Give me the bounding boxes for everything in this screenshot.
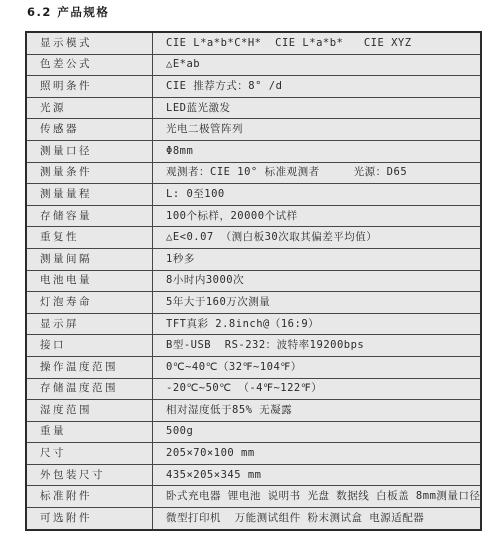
spec-value: 5年大于160万次测量 [153, 292, 482, 314]
document-page: 6.2 产品规格 显示模式CIE L*a*b*C*H* CIE L*a*b* C… [0, 0, 502, 540]
table-row: 电池电量8小时内3000次 [26, 270, 481, 292]
spec-label: 外包装尺寸 [26, 464, 153, 486]
spec-label: 显示模式 [26, 32, 153, 54]
spec-label: 传感器 [26, 119, 153, 141]
section-title: 6.2 产品规格 [27, 4, 109, 20]
table-row: 测量口径Φ8mm [26, 140, 481, 162]
spec-label: 接口 [26, 335, 153, 357]
table-row: 测量间隔1秒多 [26, 248, 481, 270]
spec-label: 重复性 [26, 227, 153, 249]
spec-label: 湿度范围 [26, 400, 153, 422]
table-row: 色差公式△E*ab [26, 54, 481, 76]
table-row: 光源LED蓝光激发 [26, 97, 481, 119]
spec-value: LED蓝光激发 [153, 97, 482, 119]
spec-label: 测量口径 [26, 140, 153, 162]
spec-value: △E*ab [153, 54, 482, 76]
spec-label: 色差公式 [26, 54, 153, 76]
spec-value: Φ8mm [153, 140, 482, 162]
table-row: 标准附件卧式充电器 锂电池 说明书 光盘 数据线 白板盖 8mm测量口径 [26, 486, 481, 508]
table-row: 照明条件CIE 推荐方式：8° /d [26, 76, 481, 98]
spec-label: 标准附件 [26, 486, 153, 508]
spec-value: 500g [153, 421, 482, 443]
spec-value: 0℃~40℃（32℉~104℉） [153, 356, 482, 378]
spec-label: 操作温度范围 [26, 356, 153, 378]
table-row: 灯泡寿命5年大于160万次测量 [26, 292, 481, 314]
table-row: 显示模式CIE L*a*b*C*H* CIE L*a*b* CIE XYZ [26, 32, 481, 54]
spec-label: 重量 [26, 421, 153, 443]
table-row: 湿度范围相对湿度低于85% 无凝露 [26, 400, 481, 422]
spec-label: 可选附件 [26, 508, 153, 530]
spec-label: 测量条件 [26, 162, 153, 184]
spec-value: L: 0至100 [153, 184, 482, 206]
table-row: 存储容量100个标样，20000个试样 [26, 205, 481, 227]
spec-label: 光源 [26, 97, 153, 119]
spec-value: CIE L*a*b*C*H* CIE L*a*b* CIE XYZ [153, 32, 482, 54]
spec-value: 相对湿度低于85% 无凝露 [153, 400, 482, 422]
spec-label: 灯泡寿命 [26, 292, 153, 314]
spec-label: 存储容量 [26, 205, 153, 227]
table-row: 接口B型-USB RS-232：波特率19200bps [26, 335, 481, 357]
spec-value: 205×70×100 mm [153, 443, 482, 465]
table-row: 可选附件微型打印机 万能测试组件 粉末测试盒 电源适配器 [26, 508, 481, 530]
table-row: 测量条件观测者：CIE 10° 标准观测者 光源：D65 [26, 162, 481, 184]
spec-label: 尺寸 [26, 443, 153, 465]
spec-value: 435×205×345 mm [153, 464, 482, 486]
spec-value: TFT真彩 2.8inch@（16:9） [153, 313, 482, 335]
spec-value: CIE 推荐方式：8° /d [153, 76, 482, 98]
spec-value: 卧式充电器 锂电池 说明书 光盘 数据线 白板盖 8mm测量口径 [153, 486, 482, 508]
spec-value: 100个标样，20000个试样 [153, 205, 482, 227]
spec-value: B型-USB RS-232：波特率19200bps [153, 335, 482, 357]
spec-value: △E<0.07 （测白板30次取其偏差平均值） [153, 227, 482, 249]
spec-value: 1秒多 [153, 248, 482, 270]
spec-value: 8小时内3000次 [153, 270, 482, 292]
product-spec-table: 显示模式CIE L*a*b*C*H* CIE L*a*b* CIE XYZ色差公… [25, 31, 482, 531]
spec-value: 光电二极管阵列 [153, 119, 482, 141]
spec-label: 显示屏 [26, 313, 153, 335]
table-row: 传感器光电二极管阵列 [26, 119, 481, 141]
spec-label: 测量量程 [26, 184, 153, 206]
table-row: 存储温度范围-20℃~50℃ （-4℉~122℉） [26, 378, 481, 400]
spec-table-body: 显示模式CIE L*a*b*C*H* CIE L*a*b* CIE XYZ色差公… [26, 32, 481, 530]
spec-value: -20℃~50℃ （-4℉~122℉） [153, 378, 482, 400]
spec-label: 测量间隔 [26, 248, 153, 270]
table-row: 显示屏TFT真彩 2.8inch@（16:9） [26, 313, 481, 335]
table-row: 外包装尺寸435×205×345 mm [26, 464, 481, 486]
table-row: 尺寸205×70×100 mm [26, 443, 481, 465]
spec-label: 照明条件 [26, 76, 153, 98]
table-row: 重量500g [26, 421, 481, 443]
spec-value: 微型打印机 万能测试组件 粉末测试盒 电源适配器 [153, 508, 482, 530]
spec-label: 电池电量 [26, 270, 153, 292]
table-row: 操作温度范围0℃~40℃（32℉~104℉） [26, 356, 481, 378]
spec-value: 观测者：CIE 10° 标准观测者 光源：D65 [153, 162, 482, 184]
table-row: 重复性△E<0.07 （测白板30次取其偏差平均值） [26, 227, 481, 249]
table-row: 测量量程L: 0至100 [26, 184, 481, 206]
spec-label: 存储温度范围 [26, 378, 153, 400]
